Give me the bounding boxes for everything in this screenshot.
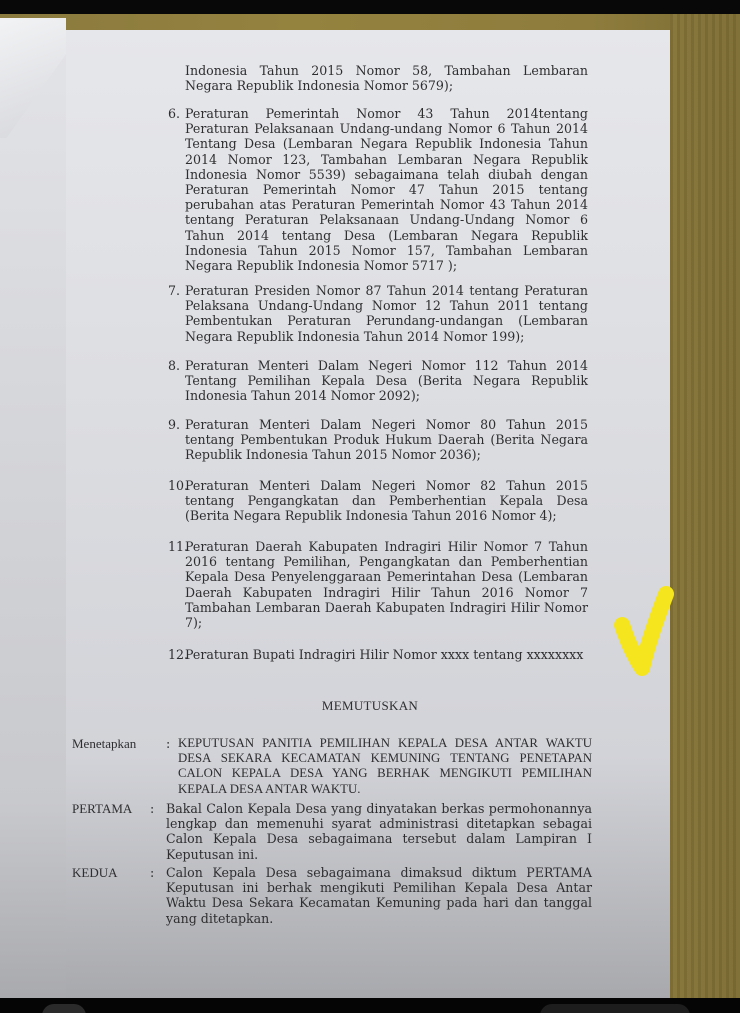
dictum-kedua: KEDUA : Calon Kepala Desa sebagaimana di…	[72, 865, 592, 926]
dictum-label: Menetapkan	[72, 736, 136, 751]
top-bar	[0, 0, 740, 14]
list-item: 11. Peraturan Daerah Kabupaten Indragiri…	[168, 539, 588, 630]
dictum-pertama: PERTAMA : Bakal Calon Kepala Desa yang d…	[72, 801, 592, 862]
nav-button-left	[42, 1004, 86, 1013]
list-item: 7. Peraturan Presiden Nomor 87 Tahun 201…	[168, 283, 588, 344]
list-item: 8. Peraturan Menteri Dalam Negeri Nomor …	[168, 358, 588, 404]
item-number: 11.	[168, 539, 188, 554]
list-item-continuation: Indonesia Tahun 2015 Nomor 58, Tambahan …	[185, 63, 588, 93]
list-item: 10. Peraturan Menteri Dalam Negeri Nomor…	[168, 478, 588, 524]
list-item: 12. Peraturan Bupati Indragiri Hilir Nom…	[168, 647, 588, 662]
item-number: 9.	[168, 417, 180, 432]
dictum-colon: :	[166, 736, 170, 751]
underlying-page	[0, 18, 66, 998]
nav-button-right	[540, 1004, 690, 1013]
dictum-text: Bakal Calon Kepala Desa yang dinyatakan …	[166, 801, 592, 862]
item-text: Peraturan Menteri Dalam Negeri Nomor 112…	[185, 358, 588, 404]
list-item: 9. Peraturan Menteri Dalam Negeri Nomor …	[168, 417, 588, 463]
item-number: 12.	[168, 647, 188, 662]
section-heading: MEMUTUSKAN	[0, 698, 740, 714]
item-text: Peraturan Menteri Dalam Negeri Nomor 82 …	[185, 478, 588, 524]
item-text: Peraturan Bupati Indragiri Hilir Nomor x…	[185, 647, 588, 662]
item-number: 7.	[168, 283, 180, 298]
dictum-label: KEDUA	[72, 865, 118, 880]
item-text: Peraturan Pemerintah Nomor 43 Tahun 2014…	[185, 106, 588, 273]
item-text: Peraturan Menteri Dalam Negeri Nomor 80 …	[185, 417, 588, 463]
dictum-colon: :	[150, 865, 154, 880]
wood-grain	[670, 14, 740, 998]
item-text: Peraturan Daerah Kabupaten Indragiri Hil…	[185, 539, 588, 630]
dictum-label: PERTAMA	[72, 801, 132, 816]
item-number: 6.	[168, 106, 180, 121]
dictum-colon: :	[150, 801, 154, 816]
dictum-text: KEPUTUSAN PANITIA PEMILIHAN KEPALA DESA …	[178, 736, 592, 797]
item-number: 10.	[168, 478, 188, 493]
dictum-text: Calon Kepala Desa sebagaimana dimaksud d…	[166, 865, 592, 926]
dictum-menetapkan: Menetapkan : KEPUTUSAN PANITIA PEMILIHAN…	[72, 736, 592, 797]
checkmark-icon	[600, 580, 690, 690]
list-item: 6. Peraturan Pemerintah Nomor 43 Tahun 2…	[168, 106, 588, 273]
item-number: 8.	[168, 358, 180, 373]
item-text: Peraturan Presiden Nomor 87 Tahun 2014 t…	[185, 283, 588, 344]
